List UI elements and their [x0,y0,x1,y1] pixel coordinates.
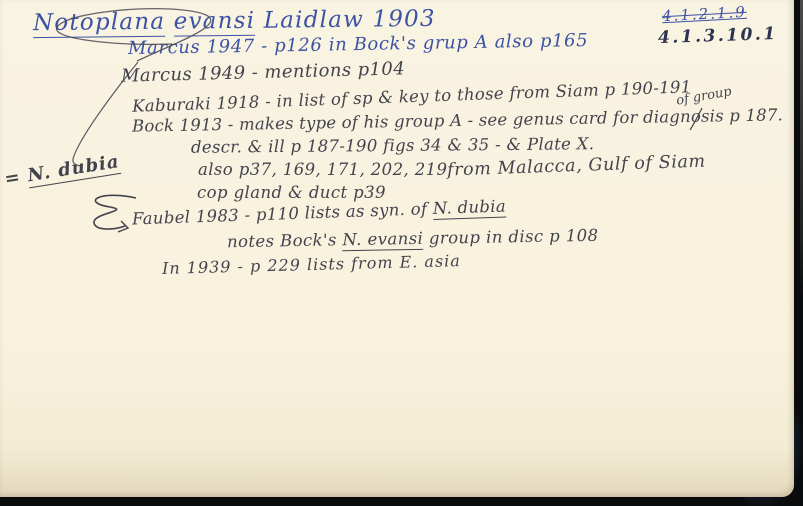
entry-notes-bock-group: notes Bock's N. evansi group in disc p 1… [227,226,599,251]
genus-name: Notoplana [33,9,165,38]
entry-description-pages: descr. & ill p 187-190 figs 34 & 35 - & … [191,134,594,157]
card-title: Notoplana evansi Laidlaw 1903 [33,6,436,36]
species-name: evansi [174,8,256,37]
faubel-synonym-name: N. dubia [433,196,507,220]
margin-synonym-note: = N. dubia [3,151,121,190]
brace-squiggle [94,195,136,229]
index-card: Notoplana evansi Laidlaw 1903 4.1.2.1.9 … [0,0,794,497]
faubel-text: Faubel 1983 - p110 lists as syn. of [132,199,433,228]
new-catalog-number: 4.1.3.10.1 [658,24,778,48]
synonym-name: N. dubia [26,151,121,188]
equals-sign: = [3,167,22,190]
old-catalog-number: 4.1.2.1.9 [662,3,748,25]
entry-cop-gland: cop gland & duct p39 [197,183,386,202]
entry-locality: from Malacca, Gulf of Siam [447,151,706,180]
notes-text-suffix: group in disc p 108 [423,226,599,248]
entry-in-1939: In 1939 - p 229 lists from E. asia [162,251,461,278]
entry-marcus-1949: Marcus 1949 - mentions p104 [121,58,406,86]
brace-arrowhead [118,221,128,232]
notes-text-prefix: notes Bock's [227,230,343,251]
entry-also-pages: also p37, 169, 171, 202, 219 [198,160,447,179]
notes-species-name: N. evansi [342,229,423,251]
authority: Laidlaw 1903 [264,6,436,34]
